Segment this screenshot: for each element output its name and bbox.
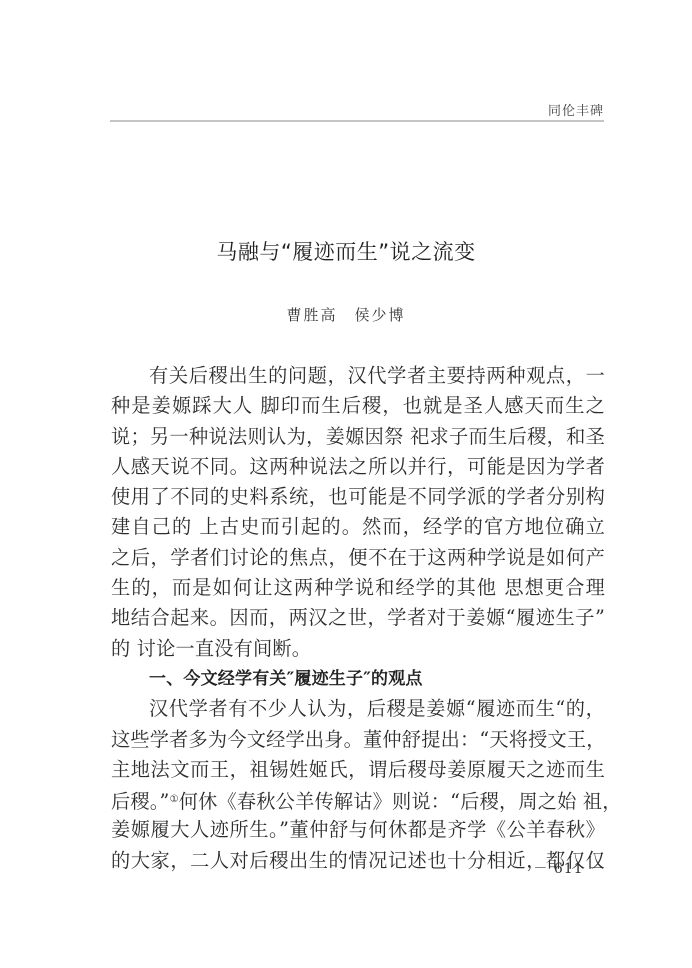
page-number: － 611 － [533,858,604,878]
body-line: 的大家，二人对后稷出生的情况记述也十分相近，都仅仅 [111,846,605,876]
body-line: 地结合起来。因而，两汉之世，学者对于姜嫄“履迹生子” [111,603,605,633]
body-line: 姜嫄履大人迹所生。”董仲舒与何休都是齐学《公羊春秋》 [111,815,605,845]
body-line: 种是姜嫄踩大人 脚印而生后稷，也就是圣人感天而生之 [111,391,605,421]
body-line: 的 讨论一直没有间断。 [111,634,605,664]
article-title: 马融与“履迹而生”说之流变 [0,236,692,266]
body-line: 之后，学者们讨论的焦点，便不在于这两种学说是如何产 [111,543,605,573]
body-line: 主地法文而王，祖锡姓姬氏，谓后稷母姜原履天之迹而生 [111,755,605,785]
article-body: 有关后稷出生的问题，汉代学者主要持两种观点，一 种是姜嫄踩大人 脚印而生后稷，也… [111,361,605,876]
running-head: 同伦丰碑 [110,98,604,122]
body-line: 生的，而是如何让这两种学说和经学的其他 思想更合理 [111,573,605,603]
running-head-title: 同伦丰碑 [548,100,604,119]
header-rule [110,120,604,122]
section-heading: 一、今文经学有关″履迹生子″的观点 [111,664,605,694]
body-line: 说；另一种说法则认为，姜嫄因祭 祀求子而生后稷，和圣 [111,422,605,452]
article-authors: 曹胜高 侯少博 [0,304,692,325]
body-line-with-footnote: 后稷。”①何休《春秋公羊传解诂》则说：“后稷，周之始 祖， [111,785,605,815]
body-line: 使用了不同的史料系统，也可能是不同学派的学者分别构 [111,482,605,512]
body-line: 汉代学者有不少人认为，后稷是姜嫄“履迹而生“的， [111,694,605,724]
footnote-marker[interactable]: ① [170,794,179,805]
line-text-before: 后稷。” [111,790,170,813]
body-line: 建自己的 上古史而引起的。然而，经学的官方地位确立 [111,512,605,542]
body-line: 有关后稷出生的问题，汉代学者主要持两种观点，一 [111,361,605,391]
body-line: 人感天说不同。这两种说法之所以并行，可能是因为学者 [111,452,605,482]
body-line: 这些学者多为今文经学出身。董仲舒提出：“天将授文王， [111,725,605,755]
line-text-after: 何休《春秋公羊传解诂》则说：“后稷，周之始 祖， [179,790,622,813]
